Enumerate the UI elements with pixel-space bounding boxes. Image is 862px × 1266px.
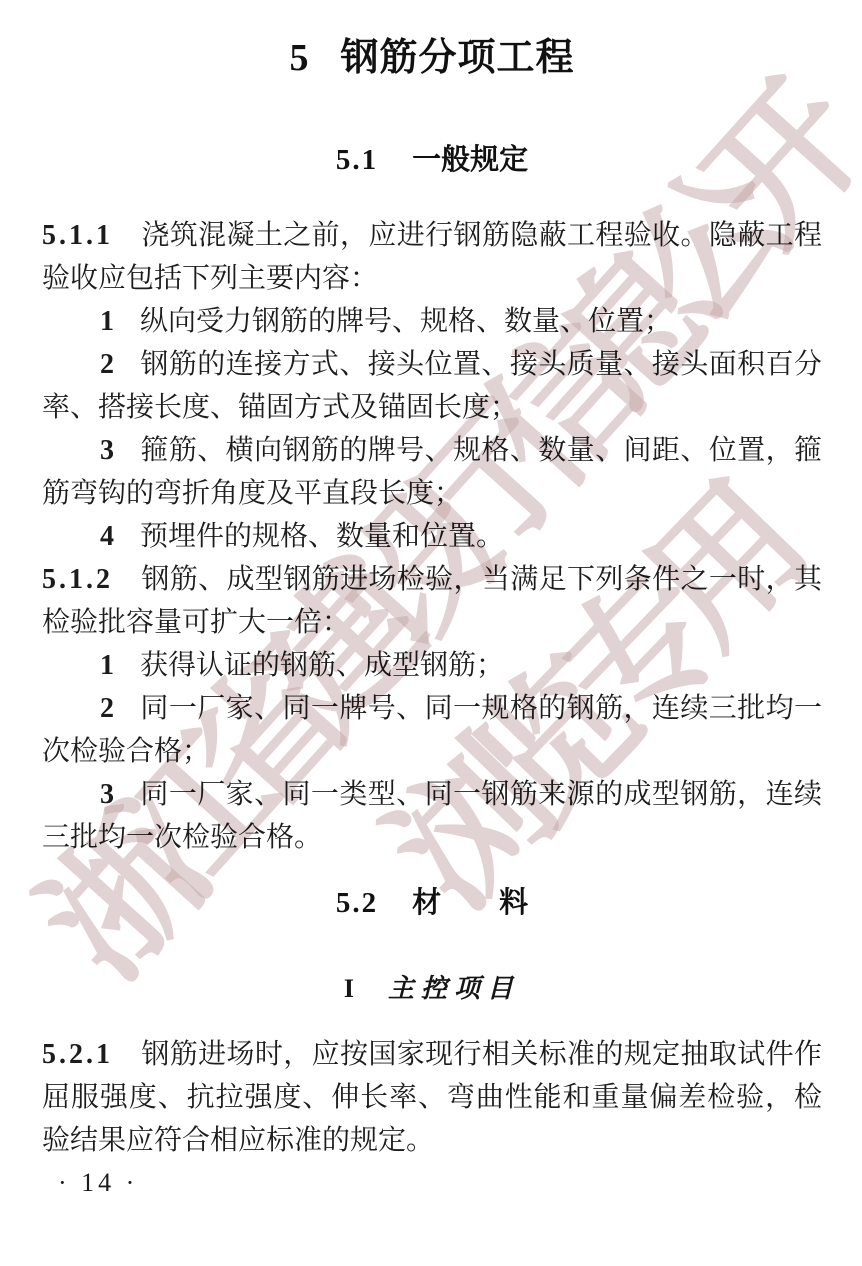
- section-5-2-title: 材 料: [412, 887, 528, 919]
- item-text: 预埋件的规格、数量和位置。: [140, 521, 504, 552]
- list-item: 2同一厂家、同一牌号、同一规格的钢筋，连续三批均一次检验合格；: [42, 687, 822, 773]
- chapter-title: 5钢筋分项工程: [42, 36, 822, 80]
- item-text: 同一厂家、同一类型、同一钢筋来源的成型钢筋，连续三批均一次检验合格。: [42, 779, 822, 853]
- section-heading-5-1: 5.1一般规定: [42, 144, 822, 176]
- item-number: 3: [100, 779, 114, 810]
- paragraph-5-2-1: 5.2.1钢筋进场时，应按国家现行相关标准的规定抽取试件作屈服强度、抗拉强度、伸…: [42, 1033, 822, 1162]
- item-number: 1: [100, 306, 114, 337]
- item-number: 2: [100, 693, 114, 724]
- item-text: 同一厂家、同一牌号、同一规格的钢筋，连续三批均一次检验合格；: [42, 693, 822, 767]
- item-number: 3: [100, 435, 114, 466]
- subsection-title: 主控项目: [388, 974, 520, 1003]
- list-item: 3同一厂家、同一类型、同一钢筋来源的成型钢筋，连续三批均一次检验合格。: [42, 773, 822, 859]
- list-item: 4预埋件的规格、数量和位置。: [42, 515, 822, 558]
- section-5-2-number: 5.2: [336, 887, 378, 919]
- subsection-heading-main-control: I主控项目: [42, 975, 822, 1003]
- item-number: 1: [100, 650, 114, 681]
- section-heading-5-2: 5.2材 料: [42, 887, 822, 919]
- paragraph-5-1-2: 5.1.2钢筋、成型钢筋进场检验，当满足下列条件之一时，其检验批容量可扩大一倍：: [42, 558, 822, 644]
- item-text: 获得认证的钢筋、成型钢筋；: [140, 650, 504, 681]
- list-item: 1纵向受力钢筋的牌号、规格、数量、位置；: [42, 300, 822, 343]
- page-content: 5钢筋分项工程 5.1一般规定 5.1.1浇筑混凝土之前，应进行钢筋隐蔽工程验收…: [0, 0, 862, 1266]
- paragraph-text: 钢筋、成型钢筋进场检验，当满足下列条件之一时，其检验批容量可扩大一倍：: [42, 564, 822, 638]
- chapter-number: 5: [289, 37, 308, 79]
- paragraph-text: 浇筑混凝土之前，应进行钢筋隐蔽工程验收。隐蔽工程验收应包括下列主要内容：: [42, 220, 822, 294]
- list-item: 3箍筋、横向钢筋的牌号、规格、数量、间距、位置，箍筋弯钩的弯折角度及平直段长度；: [42, 429, 822, 515]
- paragraph-label: 5.1.2: [42, 564, 113, 595]
- paragraph-5-1-1: 5.1.1浇筑混凝土之前，应进行钢筋隐蔽工程验收。隐蔽工程验收应包括下列主要内容…: [42, 214, 822, 300]
- page-number: · 14 ·: [58, 1168, 138, 1198]
- item-number: 2: [100, 349, 114, 380]
- item-text: 纵向受力钢筋的牌号、规格、数量、位置；: [140, 306, 672, 337]
- section-5-1-number: 5.1: [336, 144, 378, 176]
- item-text: 箍筋、横向钢筋的牌号、规格、数量、间距、位置，箍筋弯钩的弯折角度及平直段长度；: [42, 435, 822, 509]
- chapter-title-text: 钢筋分项工程: [340, 37, 574, 79]
- subsection-roman-numeral: I: [344, 974, 354, 1003]
- paragraph-label: 5.2.1: [42, 1039, 113, 1070]
- section-5-1-title: 一般规定: [412, 144, 528, 176]
- list-item: 2钢筋的连接方式、接头位置、接头质量、接头面积百分率、搭接长度、锚固方式及锚固长…: [42, 343, 822, 429]
- document-page: 5钢筋分项工程 5.1一般规定 5.1.1浇筑混凝土之前，应进行钢筋隐蔽工程验收…: [0, 0, 862, 1266]
- paragraph-text: 钢筋进场时，应按国家现行相关标准的规定抽取试件作屈服强度、抗拉强度、伸长率、弯曲…: [42, 1039, 822, 1156]
- item-number: 4: [100, 521, 114, 552]
- list-item: 1获得认证的钢筋、成型钢筋；: [42, 644, 822, 687]
- item-text: 钢筋的连接方式、接头位置、接头质量、接头面积百分率、搭接长度、锚固方式及锚固长度…: [42, 349, 822, 423]
- paragraph-label: 5.1.1: [42, 220, 113, 251]
